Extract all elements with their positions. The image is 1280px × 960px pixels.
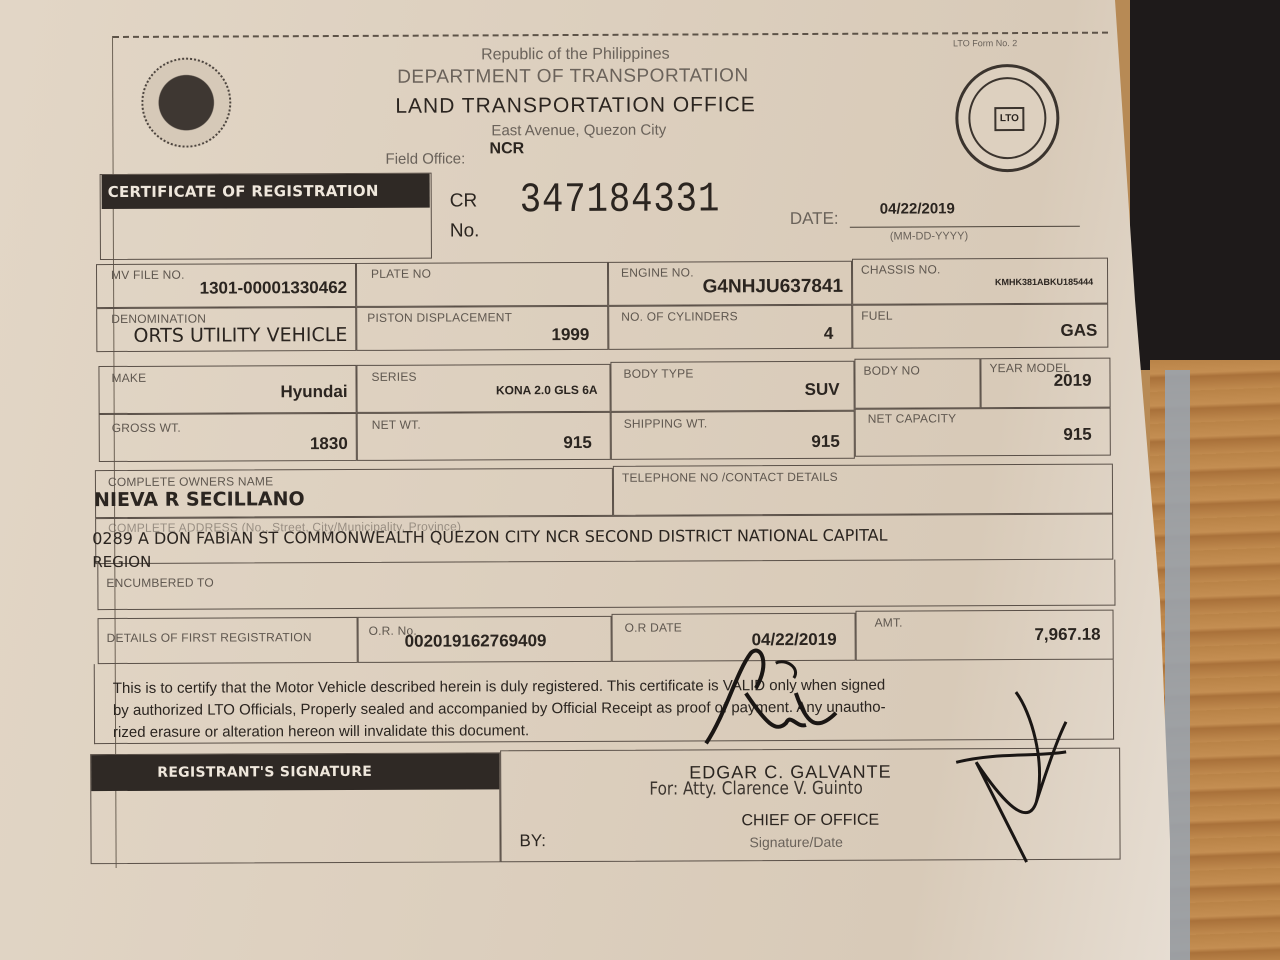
series-cell: SERIES KONA 2.0 GLS 6A xyxy=(356,364,610,413)
fuel-cell: FUEL GAS xyxy=(852,304,1108,349)
engine-no-cell: ENGINE NO. G4NHJU637841 xyxy=(608,261,852,306)
cr-number: 347184331 xyxy=(520,175,721,224)
owner-name-cell: COMPLETE OWNERS NAME NIEVA R SECILLANO xyxy=(95,468,613,518)
amount-cell: AMT. 7,967.18 xyxy=(856,610,1114,661)
mv-file-no-label: MV FILE NO. xyxy=(111,268,185,282)
engine-no-label: ENGINE NO. xyxy=(621,265,694,279)
telephone-cell: TELEPHONE NO /CONTACT DETAILS xyxy=(613,464,1113,516)
by-label: BY: xyxy=(519,831,546,851)
telephone-label: TELEPHONE NO /CONTACT DETAILS xyxy=(622,470,838,485)
field-office-value: NCR xyxy=(489,140,524,158)
address-line-1: 0289 A DON FABIAN ST COMMONWEALTH QUEZON… xyxy=(92,526,887,548)
body-type-cell: BODY TYPE SUV xyxy=(610,361,854,412)
piston-displacement-label: PISTON DISPLACEMENT xyxy=(367,310,512,325)
certificate-title: CERTIFICATE OF REGISTRATION xyxy=(102,174,430,209)
date-format-hint: (MM-DD-YYYY) xyxy=(890,230,968,242)
for-line: For: Atty. Clarence V. Guinto xyxy=(649,778,863,800)
piston-displacement-cell: PISTON DISPLACEMENT 1999 xyxy=(356,306,608,351)
republic-text: Republic of the Philippines xyxy=(481,46,670,65)
signature-date-label: Signature/Date xyxy=(749,834,842,850)
or-no-cell: O.R. No. 002019162769409 xyxy=(358,616,612,663)
cylinders-cell: NO. OF CYLINDERS 4 xyxy=(608,305,852,350)
net-wt-cell: NET WT. 915 xyxy=(357,412,611,461)
cr-label: CR xyxy=(450,190,478,212)
shipping-wt-cell: SHIPPING WT. 915 xyxy=(611,411,855,460)
date-underline xyxy=(850,226,1080,228)
first-registration-label: DETAILS OF FIRST REGISTRATION xyxy=(107,630,312,645)
chassis-no-label: CHASSIS NO. xyxy=(861,262,941,276)
date-label: DATE: xyxy=(790,209,839,229)
form-top-border xyxy=(113,32,1108,38)
no-label: No. xyxy=(450,220,480,242)
fuel-value: GAS xyxy=(1060,321,1097,341)
certification-box: This is to certify that the Motor Vehicl… xyxy=(94,660,1114,744)
mv-file-no-cell: MV FILE NO. 1301-00001330462 xyxy=(96,263,356,308)
owner-name-value: NIEVA R SECILLANO xyxy=(94,488,305,511)
field-office-label: Field Office: xyxy=(386,150,466,167)
date-value: 04/22/2019 xyxy=(880,200,955,217)
registrant-signature-label: REGISTRANT'S SIGNATURE xyxy=(91,753,499,791)
form-number: LTO Form No. 2 xyxy=(953,38,1017,48)
or-date-label: O.R DATE xyxy=(625,621,682,635)
or-no-value: 002019162769409 xyxy=(405,631,547,652)
document-paper: LTO LTO Form No. 2 Republic of the Phili… xyxy=(0,0,1170,960)
official-signature-box: BY: EDGAR C. GALVANTE For: Atty. Clarenc… xyxy=(500,748,1120,863)
registration-form: LTO LTO Form No. 2 Republic of the Phili… xyxy=(112,32,1112,868)
or-date-value: 04/22/2019 xyxy=(752,630,837,650)
department-text: DEPARTMENT OF TRANSPORTATION xyxy=(397,65,749,89)
net-wt-value: 915 xyxy=(563,433,591,453)
body-type-value: SUV xyxy=(805,380,840,400)
plate-no-label: PLATE NO xyxy=(371,267,431,281)
address-cell: COMPLETE ADDRESS (No., Street, City/Muni… xyxy=(95,514,1113,564)
cylinders-value: 4 xyxy=(824,324,834,344)
fuel-label: FUEL xyxy=(861,309,893,323)
certification-line-1: This is to certify that the Motor Vehicl… xyxy=(113,677,885,697)
gross-wt-label: GROSS WT. xyxy=(112,421,181,435)
gross-wt-value: 1830 xyxy=(310,434,348,454)
series-label: SERIES xyxy=(371,370,416,384)
body-type-label: BODY TYPE xyxy=(623,366,693,380)
office-address: East Avenue, Quezon City xyxy=(491,122,666,140)
encumbered-cell: ENCUMBERED TO xyxy=(97,560,1115,610)
mv-file-no-value: 1301-00001330462 xyxy=(200,278,348,299)
make-cell: MAKE Hyundai xyxy=(98,365,356,414)
official-title: CHIEF OF OFFICE xyxy=(741,812,879,831)
year-model-value: 2019 xyxy=(1054,371,1092,391)
piston-displacement-value: 1999 xyxy=(551,325,589,345)
net-capacity-label: NET CAPACITY xyxy=(868,411,957,425)
or-date-cell: O.R DATE 04/22/2019 xyxy=(612,613,856,662)
cylinders-label: NO. OF CYLINDERS xyxy=(621,309,738,324)
chassis-no-value: KMHK381ABKU185444 xyxy=(995,277,1093,287)
net-wt-label: NET WT. xyxy=(372,418,421,432)
encumbered-label: ENCUMBERED TO xyxy=(106,576,214,590)
certification-line-3: rized erasure or alteration hereon will … xyxy=(113,722,529,741)
dotr-seal-icon xyxy=(141,57,231,147)
denomination-value: ORTS UTILITY VEHICLE xyxy=(133,324,347,347)
owner-name-label: COMPLETE OWNERS NAME xyxy=(108,474,273,489)
amount-value: 7,967.18 xyxy=(1034,625,1100,645)
gross-wt-cell: GROSS WT. 1830 xyxy=(99,413,357,462)
amount-label: AMT. xyxy=(875,616,903,630)
make-label: MAKE xyxy=(111,371,146,385)
denomination-cell: DENOMINATION ORTS UTILITY VEHICLE xyxy=(96,307,356,352)
certification-line-2: by authorized LTO Officials, Properly se… xyxy=(113,699,886,719)
body-no-label: BODY NO xyxy=(863,363,920,377)
make-value: Hyundai xyxy=(280,382,347,402)
year-model-cell: YEAR MODEL 2019 xyxy=(980,358,1110,409)
net-capacity-cell: NET CAPACITY 915 xyxy=(855,408,1111,457)
chassis-no-cell: CHASSIS NO. KMHK381ABKU185444 xyxy=(852,258,1108,305)
registrant-signature-box: REGISTRANT'S SIGNATURE xyxy=(90,752,500,864)
body-no-cell: BODY NO xyxy=(854,358,980,409)
lto-seal-icon: LTO xyxy=(955,64,1059,172)
net-capacity-value: 915 xyxy=(1063,425,1091,445)
series-value: KONA 2.0 GLS 6A xyxy=(496,383,598,397)
plate-no-cell: PLATE NO xyxy=(356,262,608,307)
background-dark-object xyxy=(1130,0,1280,370)
shipping-wt-label: SHIPPING WT. xyxy=(624,416,708,430)
office-text: LAND TRANSPORTATION OFFICE xyxy=(395,93,756,119)
lto-seal-text: LTO xyxy=(994,107,1024,131)
engine-no-value: G4NHJU637841 xyxy=(703,276,844,299)
shipping-wt-value: 915 xyxy=(811,432,839,452)
first-registration-cell: DETAILS OF FIRST REGISTRATION xyxy=(98,617,358,664)
